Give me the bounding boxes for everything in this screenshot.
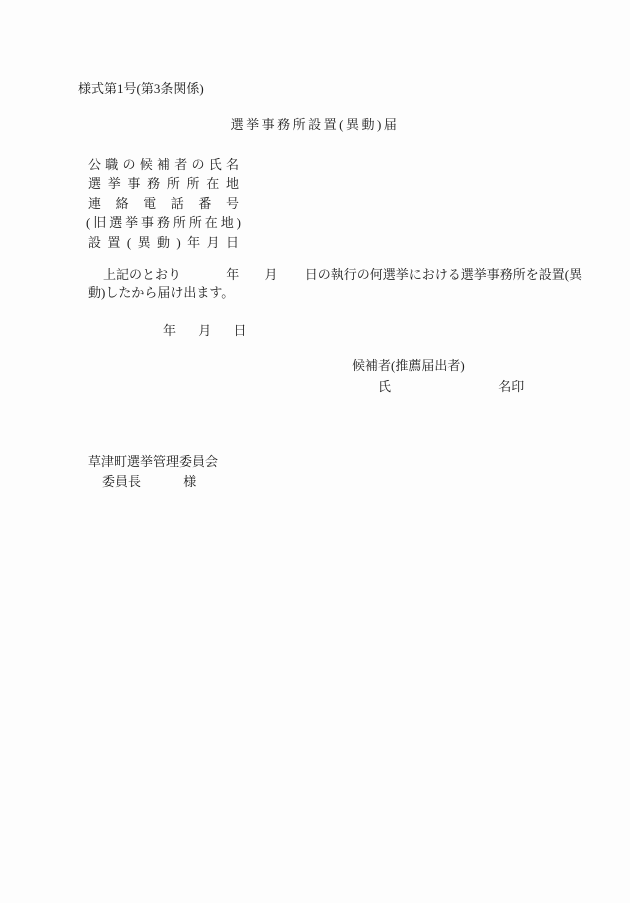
name-prefix-label: 氏: [378, 379, 391, 394]
field-label-establishment-date: 設置(異動)年月日: [88, 233, 239, 252]
document-title: 選挙事務所設置(異動)届: [0, 114, 630, 133]
honorific-label: 様: [183, 474, 196, 489]
field-label-office-address: 選挙事務所所在地: [88, 174, 239, 193]
date-month-label: 月: [198, 323, 211, 338]
chairperson-line: 委員長 様: [102, 471, 196, 490]
statement-lead-text: 上記のとおり: [103, 267, 181, 282]
form-number-label: 様式第1号(第3条関係): [78, 78, 204, 97]
date-fill-in-line: 年 月 日: [163, 320, 247, 339]
field-labels-block: 公職の候補者の氏名 選挙事務所所在地 連絡電話番号 (旧選挙事務所所在地) 設置…: [88, 155, 239, 252]
name-seal-label: 名印: [498, 379, 524, 394]
statement-line-1: 上記のとおり 年 月 日の執行の何選挙における選挙事務所を設置(異: [88, 266, 582, 284]
field-label-phone-number: 連絡電話番号: [88, 194, 239, 213]
statement-month-label: 月: [265, 267, 278, 282]
statement-year-label: 年: [226, 267, 239, 282]
form-page: 様式第1号(第3条関係) 選挙事務所設置(異動)届 公職の候補者の氏名 選挙事務…: [0, 0, 630, 903]
name-seal-line: 氏 名印: [378, 376, 524, 395]
date-year-label: 年: [163, 323, 176, 338]
field-label-old-office-address: (旧選挙事務所所在地): [86, 213, 241, 232]
field-label-candidate-name: 公職の候補者の氏名: [88, 155, 239, 174]
committee-name: 草津町選挙管理委員会: [88, 451, 218, 470]
statement-rest-text: 日の執行の何選挙における選挙事務所を設置(異: [305, 267, 582, 282]
chairperson-label: 委員長: [102, 474, 141, 489]
candidate-signature-label: 候補者(推薦届出者): [352, 355, 465, 374]
statement-line-2: 動)したから届け出ます。: [88, 284, 582, 302]
date-day-label: 日: [234, 323, 247, 338]
statement-paragraph: 上記のとおり 年 月 日の執行の何選挙における選挙事務所を設置(異 動)したから…: [88, 266, 582, 301]
